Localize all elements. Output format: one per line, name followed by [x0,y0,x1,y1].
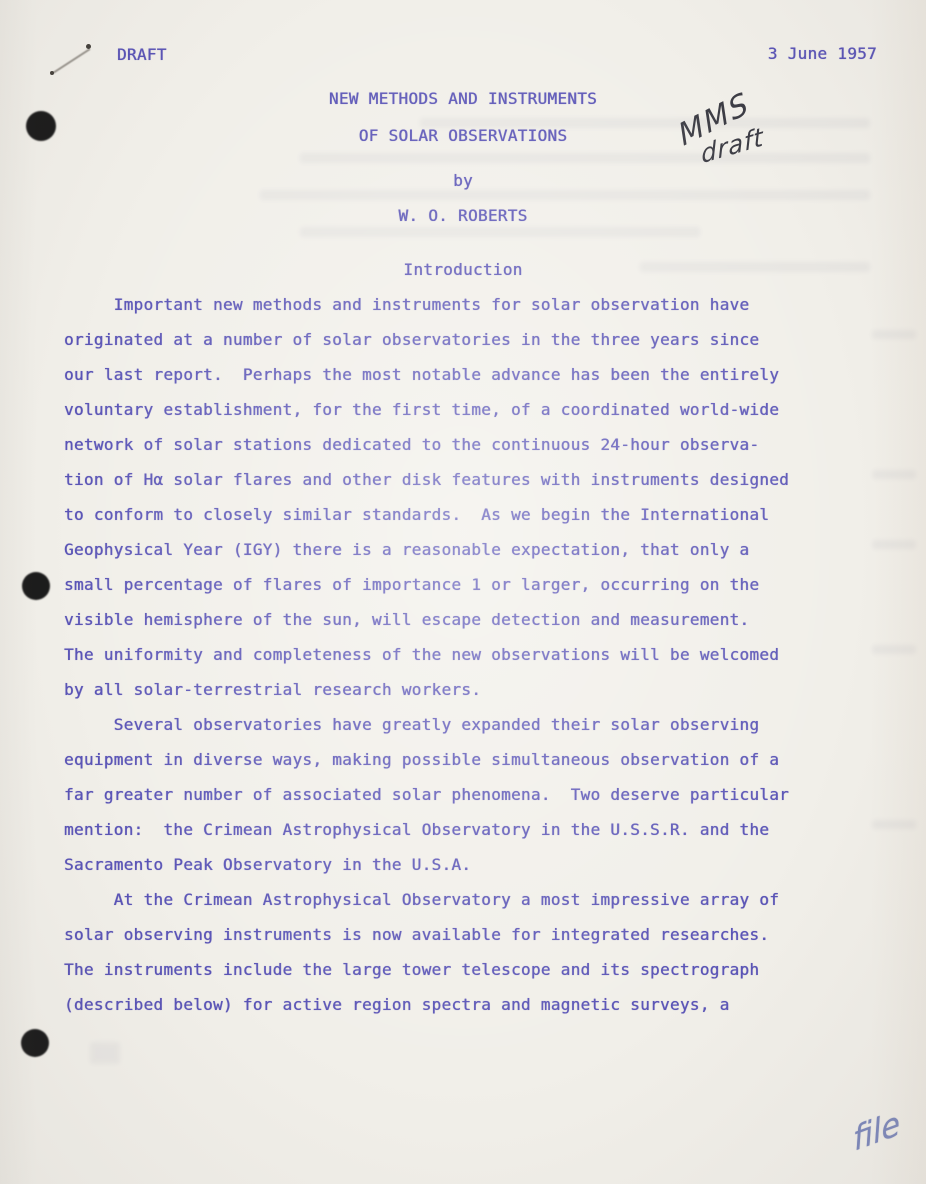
bleed-through-mark [872,540,916,549]
scanned-document-page: DRAFT 3 June 1957 NEW METHODS AND INSTRU… [0,0,926,1184]
title-line-2: OF SOLAR OBSERVATIONS [0,117,926,154]
pencil-dot [86,44,91,49]
bleed-through-mark [260,190,870,200]
byline: by [0,171,926,190]
body-text: Important new methods and instruments fo… [64,287,789,1022]
date-label: 3 June 1957 [768,44,877,63]
pencil-dot [50,71,54,75]
hole-punch-middle [22,572,50,600]
bleed-through-mark [872,645,916,654]
author-name: W. O. ROBERTS [0,206,926,225]
hole-punch-bottom [21,1029,49,1057]
handwritten-file-note: file [851,1103,901,1159]
bleed-through-mark [300,153,870,163]
title-line-1: NEW METHODS AND INSTRUMENTS [0,80,926,117]
document-title: NEW METHODS AND INSTRUMENTS OF SOLAR OBS… [0,80,926,154]
pencil-check-mark [52,48,90,74]
bleed-through-mark [872,470,916,479]
draft-label: DRAFT [117,45,167,64]
bleed-through-mark [90,1042,120,1064]
bleed-through-mark [300,227,700,237]
bleed-through-mark [872,330,916,339]
bleed-through-mark [872,820,916,829]
section-heading: Introduction [0,260,926,279]
